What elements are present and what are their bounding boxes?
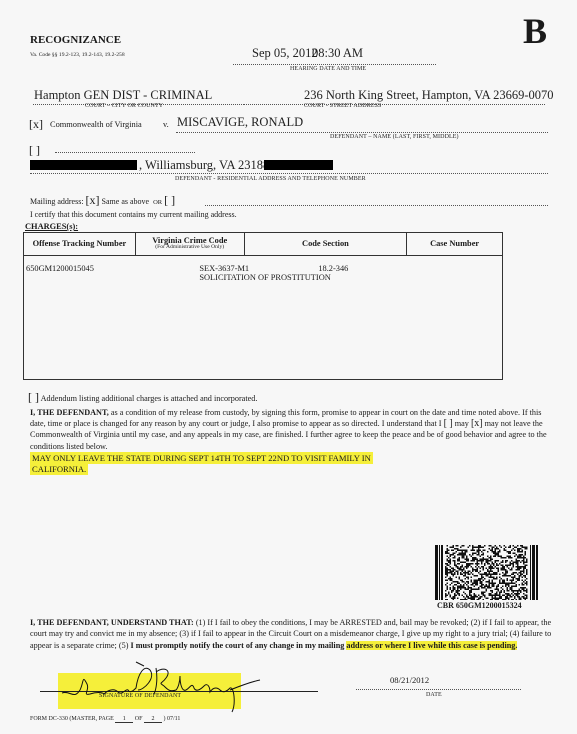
signature-date-line <box>356 683 521 690</box>
promise-paragraph: I, THE DEFENDANT, as a condition of my r… <box>30 407 552 452</box>
barcode-label: CBR 650GM1200015324 <box>437 601 522 610</box>
versus-label: v. <box>163 120 169 129</box>
court-city: Hampton GEN DIST - CRIMINAL <box>34 88 212 103</box>
code-section: 18.2-346 <box>318 264 348 273</box>
page-total: 2 <box>144 716 162 723</box>
court-address-caption: COURT - STREET ADDRESS <box>304 103 381 109</box>
charges-table: Offense Tracking Number Virginia Crime C… <box>23 232 503 380</box>
case-number <box>407 256 503 380</box>
residence-city: , Williamsburg, VA 23188 <box>139 158 269 173</box>
exhibit-letter: B <box>523 10 547 52</box>
mailing-label: Mailing address: <box>30 197 84 206</box>
court-city-caption: COURT – CITY OR COUNTY <box>85 103 163 109</box>
form-footer: FORM DC-330 (MASTER, PAGE 1 OF 2 ) 07/11 <box>30 716 180 723</box>
addendum-row: [ ] Addendum listing additional charges … <box>28 390 257 405</box>
page-number: 1 <box>115 716 133 723</box>
defendant-name: MISCAVIGE, RONALD <box>177 115 303 130</box>
court-address: 236 North King Street, Hampton, VA 23669… <box>304 88 554 103</box>
mailing-or-label: OR <box>153 199 162 206</box>
mailing-address-row: Mailing address: [x] Same as above OR [ … <box>30 193 175 208</box>
redacted-phone-number <box>264 160 333 170</box>
hearing-time: 08:30 AM <box>312 46 363 61</box>
form-title: RECOGNIZANCE <box>30 34 121 46</box>
release-condition: MAY ONLY LEAVE THE STATE DURING SEPT 14T… <box>30 453 390 476</box>
column-header-tracking: Offense Tracking Number <box>24 233 136 256</box>
column-header-crime-code: Virginia Crime Code(For Administrative U… <box>135 233 244 256</box>
defendant-name-caption: DEFENDANT – NAME (LAST, FIRST, MIDDLE) <box>330 134 459 140</box>
other-party-checkbox[interactable]: [ ] <box>29 143 40 158</box>
hearing-caption: HEARING DATE AND TIME <box>290 66 366 72</box>
may-leave-checkbox[interactable]: [ ] <box>444 418 453 429</box>
residence-caption: DEFENDANT - RESIDENTIAL ADDRESS AND TELE… <box>175 176 366 182</box>
charge-description: SOLICITATION OF PROSTITUTION <box>199 273 406 282</box>
mailing-same-label: Same as above <box>102 197 150 206</box>
charges-title: CHARGES(s): <box>25 222 78 231</box>
certify-statement: I certify that this document contains my… <box>30 210 237 219</box>
date-caption: DATE <box>426 692 442 698</box>
crime-code-cell: SEX-3637-M1 18.2-346 SOLICITATION OF PRO… <box>135 256 406 380</box>
barcode-icon <box>435 545 538 600</box>
condition-line-2: CALIFORNIA. <box>30 463 88 475</box>
va-code-citation: Va. Code §§ 19.2-123, 19.2-143, 19.2-258 <box>30 52 125 58</box>
crime-code: SEX-3637-M1 <box>199 264 249 273</box>
addendum-checkbox[interactable]: [ ] <box>28 390 39 404</box>
mailing-other-line <box>205 199 548 206</box>
redacted-street-address <box>30 160 137 170</box>
may-not-leave-checkbox[interactable]: [x] <box>471 418 483 429</box>
commonwealth-checkbox[interactable]: [x] <box>29 117 43 132</box>
other-party-line <box>55 146 195 153</box>
column-header-case-number: Case Number <box>407 233 503 256</box>
table-row: 650GM1200015045 SEX-3637-M1 18.2-346 SOL… <box>24 256 503 380</box>
column-header-code-section: Code Section <box>244 233 407 256</box>
mailing-same-checkbox[interactable]: [x] <box>86 193 100 207</box>
hearing-date: Sep 05, 2012 <box>252 46 318 61</box>
signature-caption: SIGNATURE OF DEFENDANT <box>99 693 181 699</box>
tracking-number: 650GM1200015045 <box>24 256 136 380</box>
mailing-other-checkbox[interactable]: [ ] <box>164 193 175 207</box>
understand-paragraph: I, THE DEFENDANT, UNDERSTAND THAT: (1) I… <box>30 617 554 651</box>
signature-date: 08/21/2012 <box>390 675 429 685</box>
condition-line-1: MAY ONLY LEAVE THE STATE DURING SEPT 14T… <box>30 452 373 464</box>
addendum-text: Addendum listing additional charges is a… <box>41 394 258 403</box>
signature-icon <box>60 660 270 715</box>
commonwealth-label: Commonwealth of Virginia <box>50 120 142 129</box>
